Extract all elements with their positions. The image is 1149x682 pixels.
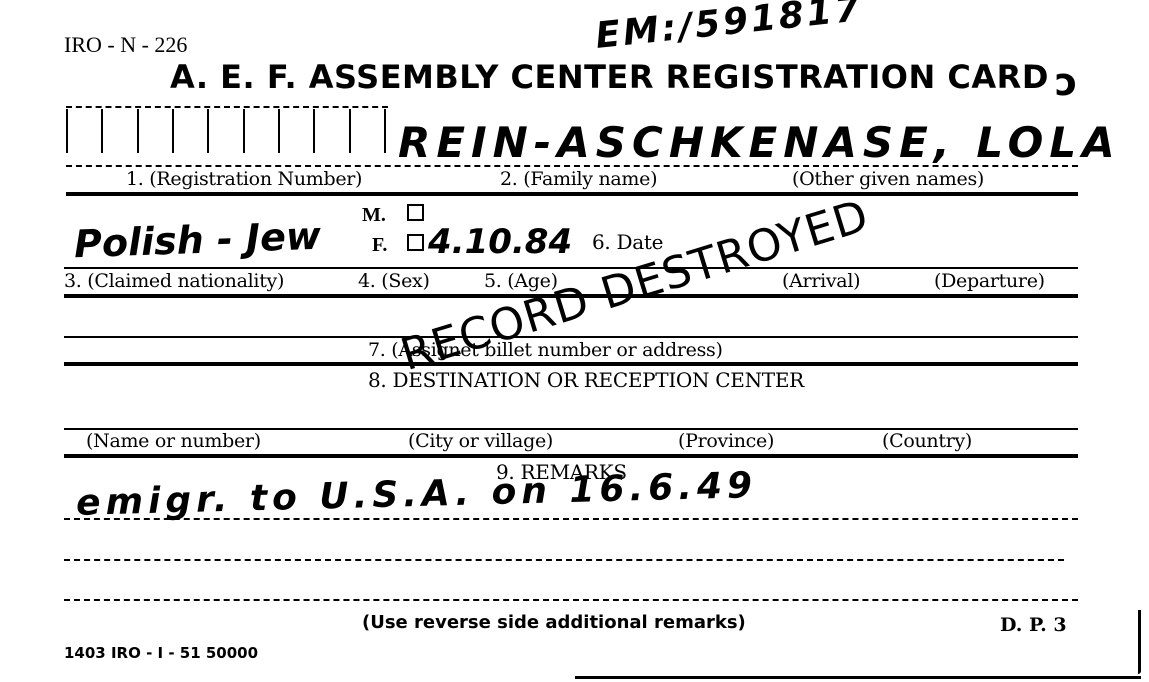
claimed-nationality-value[interactable]: Polish - Jew xyxy=(73,214,321,267)
reg-cell[interactable] xyxy=(278,109,313,153)
page-title: A. E. F. ASSEMBLY CENTER REGISTRATION CA… xyxy=(170,58,1049,96)
reg-cell[interactable] xyxy=(349,109,386,153)
label-arrival: (Arrival) xyxy=(782,270,860,292)
remarks-line-3[interactable] xyxy=(64,599,1078,601)
label-city-or-village: (City or village) xyxy=(408,430,553,452)
print-code: 1403 IRO - I - 51 50000 xyxy=(64,644,258,662)
remarks-footer-note: (Use reverse side additional remarks) xyxy=(362,612,746,633)
divider xyxy=(66,192,1078,196)
regbox-top-border xyxy=(66,106,388,108)
row2-underline xyxy=(64,267,1078,269)
sex-f-label: F. xyxy=(372,234,387,257)
label-family-name: 2. (Family name) xyxy=(500,168,657,190)
sex-m-checkbox[interactable] xyxy=(407,204,424,221)
remarks-line-1[interactable] xyxy=(64,518,1078,520)
label-departure: (Departure) xyxy=(934,270,1045,292)
form-code: D. P. 3 xyxy=(1000,614,1067,636)
reg-cell[interactable] xyxy=(313,109,348,153)
reg-cell[interactable] xyxy=(207,109,242,153)
reg-cell[interactable] xyxy=(101,109,136,153)
corner-mark: ↄ xyxy=(1055,60,1078,104)
reg-cell[interactable] xyxy=(243,109,278,153)
reg-cell[interactable] xyxy=(137,109,172,153)
name-underline xyxy=(66,165,1078,167)
label-other-given-names: (Other given names) xyxy=(792,168,984,190)
reg-cell[interactable] xyxy=(172,109,207,153)
label-country: (Country) xyxy=(882,430,972,452)
label-claimed-nationality: 3. (Claimed nationality) xyxy=(64,270,284,292)
sex-f-checkbox[interactable] xyxy=(407,234,424,251)
label-date: 6. Date xyxy=(592,230,663,254)
divider xyxy=(64,454,1078,458)
divider xyxy=(64,362,1078,366)
card-edge-right xyxy=(1138,610,1141,674)
remarks-handwritten[interactable]: emigr. to U.S.A. on 16.6.49 xyxy=(76,465,758,524)
name-field-value[interactable]: REIN-ASCHKENASE, LOLA xyxy=(398,118,1121,167)
handwritten-reference: EM:/591817 xyxy=(594,0,865,57)
label-name-or-number: (Name or number) xyxy=(86,430,261,452)
label-province: (Province) xyxy=(678,430,774,452)
billet-entry-line[interactable] xyxy=(64,336,1078,338)
age-value[interactable]: 4.10.84 xyxy=(428,222,572,262)
form-id: IRO - N - 226 xyxy=(64,32,187,58)
card-edge-bottom xyxy=(575,676,1141,679)
reg-cell[interactable] xyxy=(66,109,101,153)
registration-number-boxes[interactable] xyxy=(66,109,386,153)
label-sex: 4. (Sex) xyxy=(358,270,430,292)
sex-m-label: M. xyxy=(362,204,386,227)
remarks-line-2[interactable] xyxy=(64,559,1064,561)
label-registration-number: 1. (Registration Number) xyxy=(126,168,362,190)
